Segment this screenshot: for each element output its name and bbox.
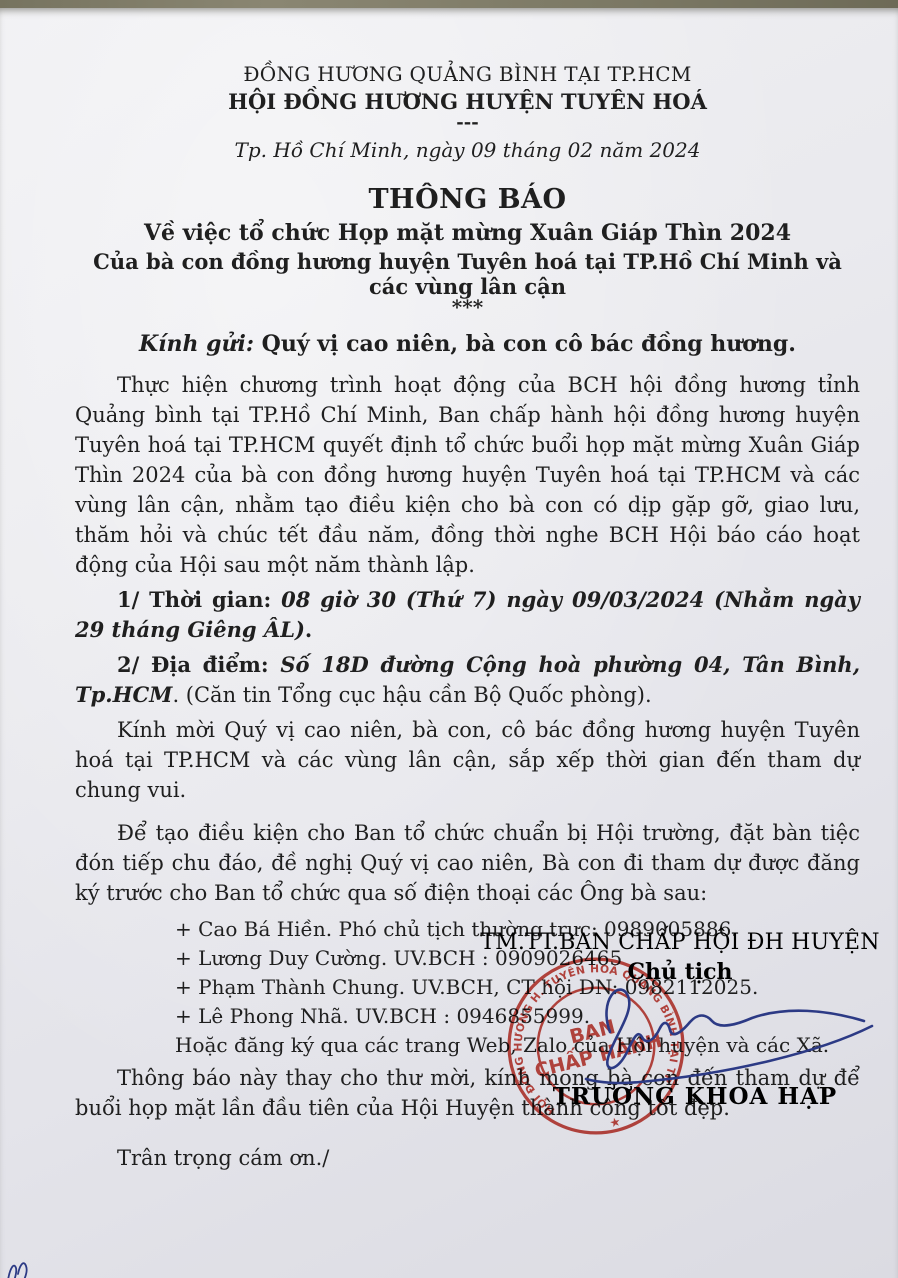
paragraph-intro: Thực hiện chương trình hoạt động của BCH…: [75, 370, 860, 580]
letterhead-divider: ---: [75, 116, 860, 130]
signer-name: TRƯƠNG KHOA HẠP: [540, 1083, 850, 1110]
salutation-label: Kính gửi:: [139, 331, 254, 357]
item-time: 1/ Thời gian: 08 giờ 30 (Thứ 7) ngày 09/…: [75, 585, 860, 645]
time-period: .: [305, 617, 312, 642]
stamp-star-icon: ★: [608, 1114, 622, 1130]
title-subtitle-2: Của bà con đồng hương huyện Tuyên hoá tạ…: [75, 249, 860, 299]
letterhead: ĐỒNG HƯƠNG QUẢNG BÌNH TẠI TP.HCM HỘI ĐỒN…: [75, 62, 860, 162]
title-stars: ***: [75, 299, 860, 315]
handwritten-signature: [580, 966, 892, 1098]
time-label: 1/ Thời gian:: [117, 587, 281, 612]
thanks-line: Trân trọng cám ơn./: [75, 1143, 860, 1173]
place-note: . (Căn tin Tổng cục hậu cần Bộ Quốc phòn…: [172, 683, 651, 707]
signing-authority-line: TM.TT.BAN CHẤP HỘI ĐH HUYỆN: [468, 930, 892, 955]
title-subtitle-1: Về việc tổ chức Họp mặt mừng Xuân Giáp T…: [75, 220, 860, 246]
document-photo: ĐỒNG HƯƠNG QUẢNG BÌNH TẠI TP.HCM HỘI ĐỒN…: [0, 0, 898, 1278]
item-place: 2/ Địa điểm: Số 18D đường Cộng hoà phườn…: [75, 650, 860, 710]
org-name: HỘI ĐỒNG HƯƠNG HUYỆN TUYÊN HOÁ: [75, 89, 860, 114]
parent-org-name: ĐỒNG HƯƠNG QUẢNG BÌNH TẠI TP.HCM: [75, 62, 860, 86]
salutation-text: Quý vị cao niên, bà con cô bác đồng hươn…: [254, 331, 796, 357]
document-title-block: THÔNG BÁO Về việc tổ chức Họp mặt mừng X…: [75, 184, 860, 315]
date-line: Tp. Hồ Chí Minh, ngày 09 tháng 02 năm 20…: [75, 138, 860, 162]
paragraph-register: Để tạo điều kiện cho Ban tổ chức chuẩn b…: [75, 818, 860, 908]
corner-pen-mark: [2, 1254, 56, 1278]
paragraph-invite: Kính mời Quý vị cao niên, bà con, cô bác…: [75, 715, 860, 805]
salutation: Kính gửi: Quý vị cao niên, bà con cô bác…: [75, 331, 860, 357]
paper-sheet: ĐỒNG HƯƠNG QUẢNG BÌNH TẠI TP.HCM HỘI ĐỒN…: [0, 8, 898, 1278]
place-label: 2/ Địa điểm:: [117, 652, 280, 677]
document-title: THÔNG BÁO: [75, 184, 860, 215]
